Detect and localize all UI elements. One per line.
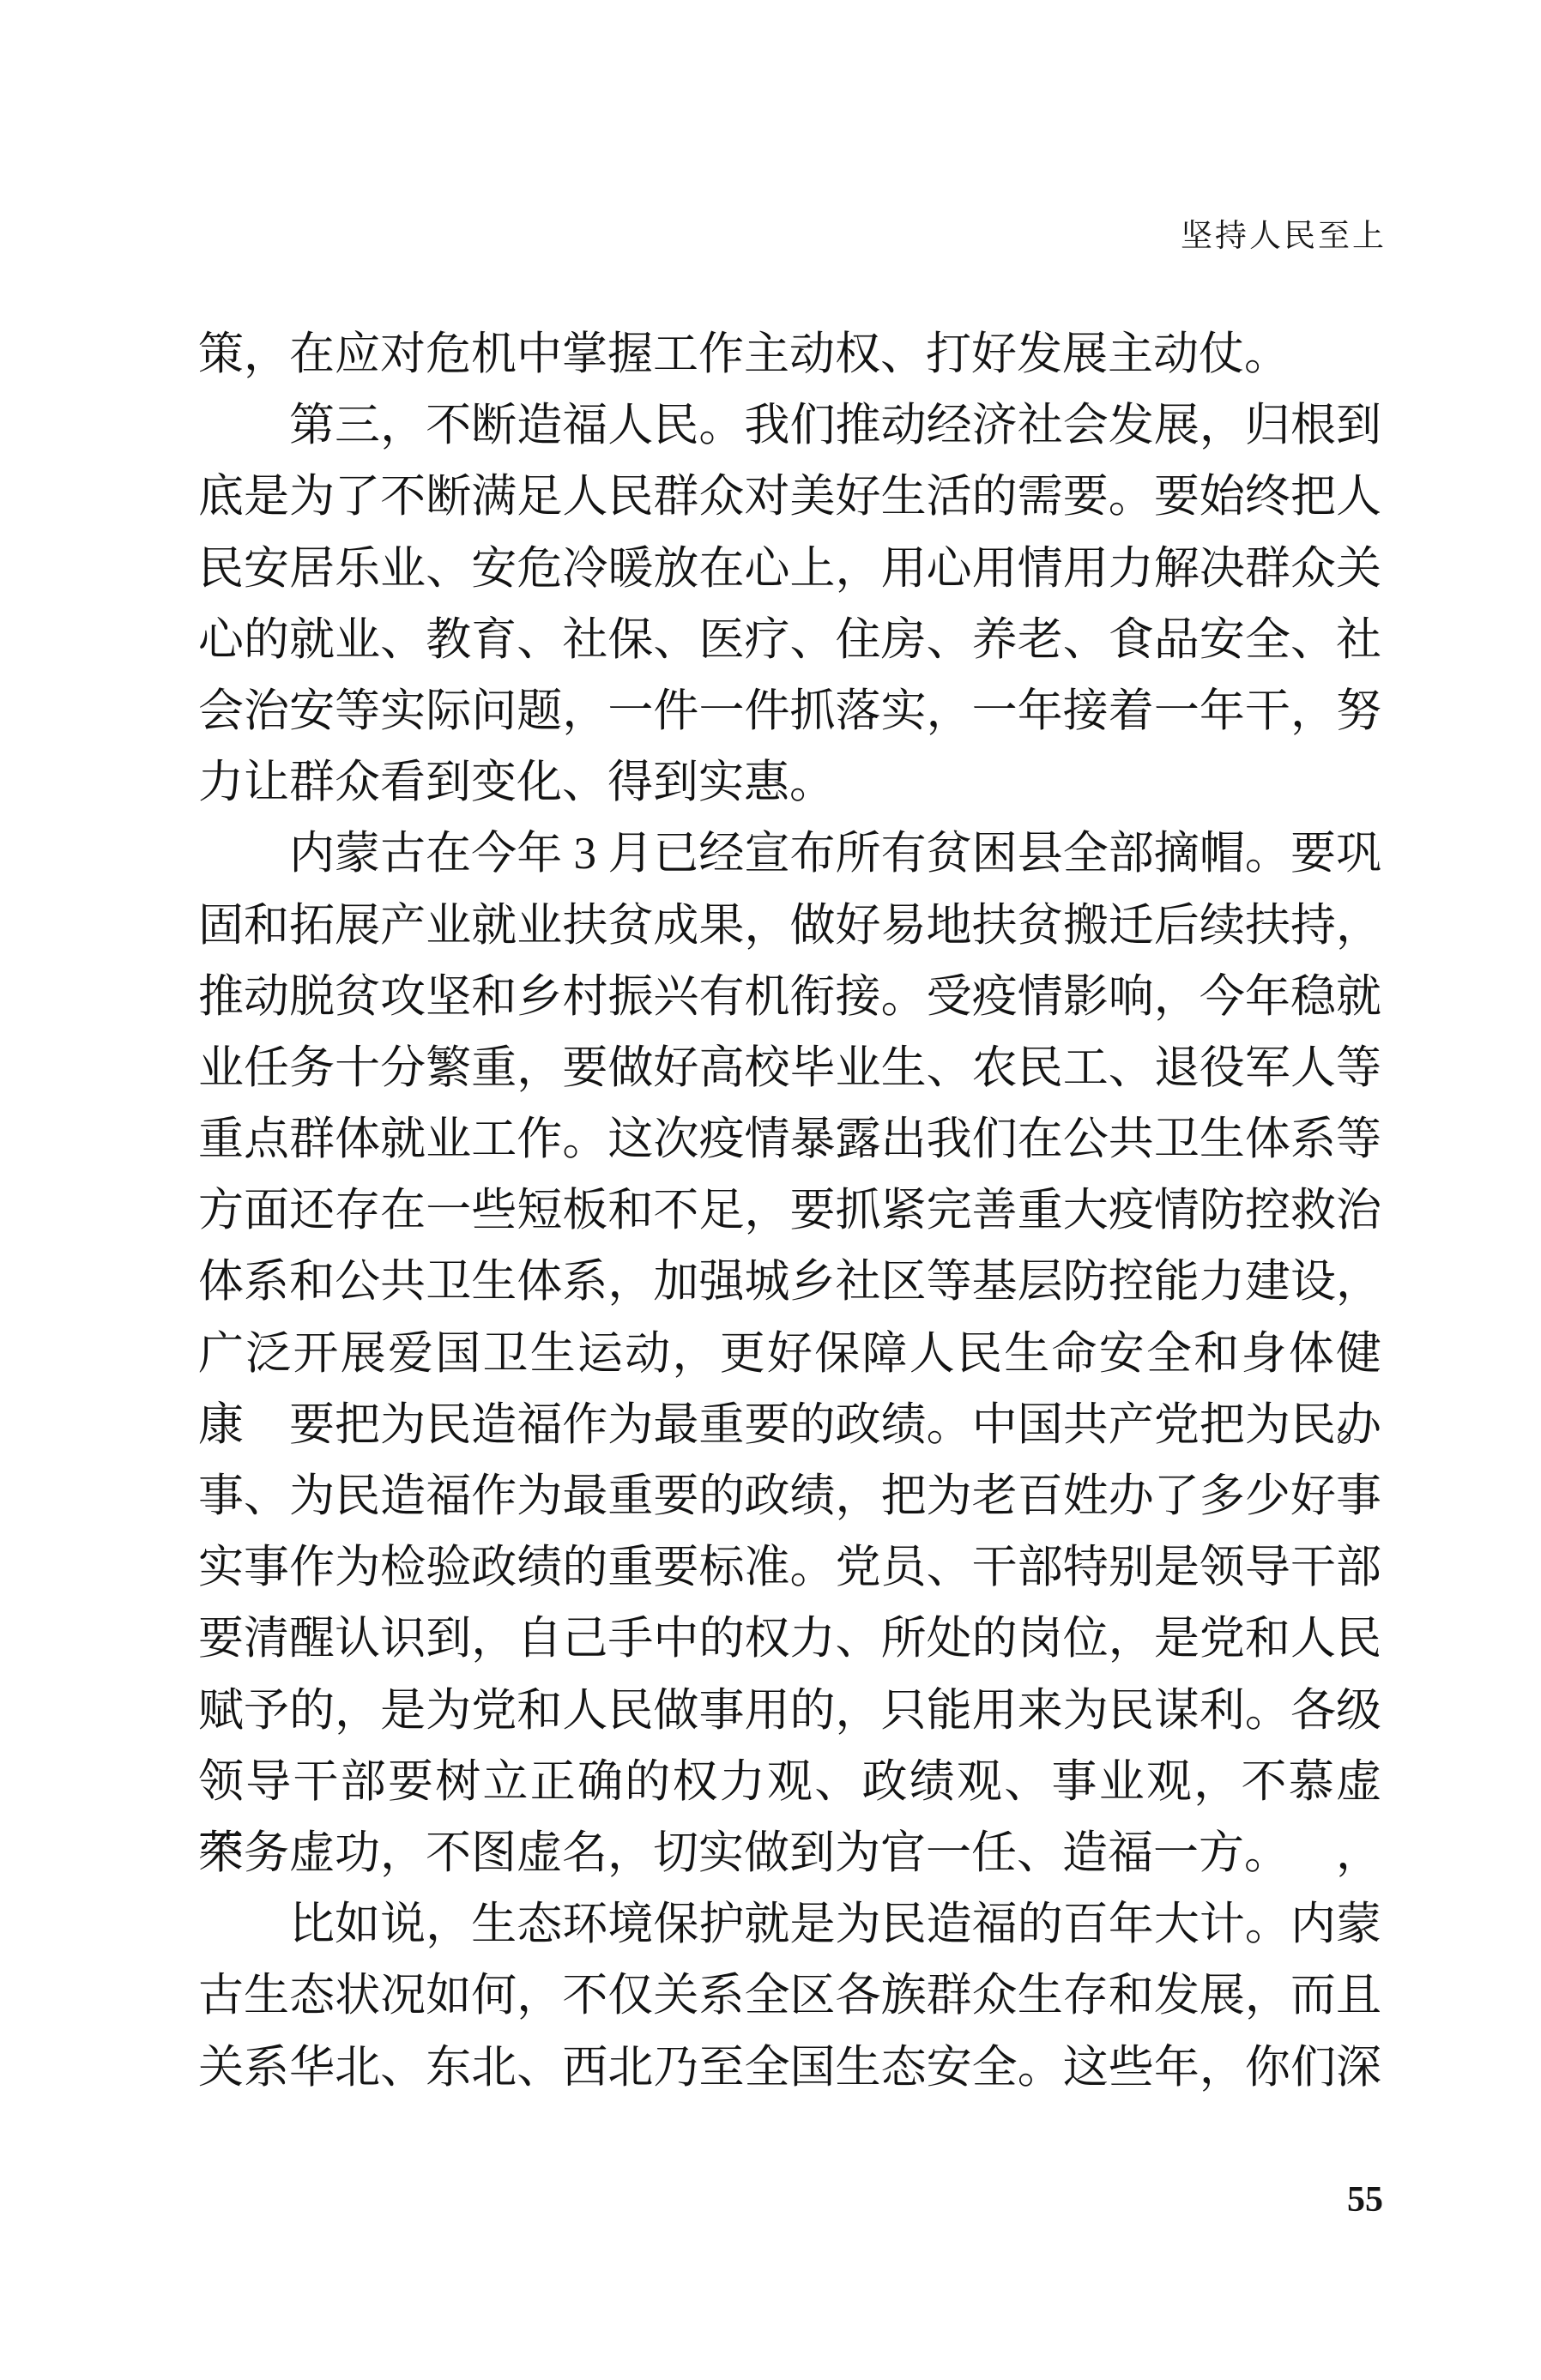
body-text: 策，在应对危机中掌握工作主动权、打好发展主动仗。 第三，不断造福人民。我们推动经…: [198, 319, 1381, 2104]
running-header: 坚持人民至上: [1181, 209, 1387, 256]
text-line: 方面还存在一些短板和不足，要抓紧完善重大疫情防控救治: [198, 1175, 1381, 1247]
text-line: 比如说，生态环境保护就是为民造福的百年大计。内蒙: [198, 1889, 1381, 1960]
text-line: 底是为了不断满足人民群众对美好生活的需要。要始终把人: [198, 462, 1381, 533]
text-line: 内蒙古在今年 3 月已经宣布所有贫困县全部摘帽。要巩: [198, 819, 1381, 890]
text-line: 事、为民造福作为最重要的政绩，把为老百姓办了多少好事: [198, 1461, 1381, 1532]
text-line: 推动脱贫攻坚和乡村振兴有机衔接。受疫情影响，今年稳就: [198, 962, 1381, 1033]
text-line: 心的就业、教育、社保、医疗、住房、养老、食品安全、社: [198, 605, 1381, 676]
text-line: 不务虚功，不图虚名，切实做到为官一任、造福一方。: [198, 1818, 1381, 1889]
text-line: 赋予的，是为党和人民做事用的，只能用来为民谋利。各级: [198, 1676, 1381, 1747]
text-line: 关系华北、东北、西北乃至全国生态安全。这些年，你们深: [198, 2033, 1381, 2104]
text-line: 要清醒认识到，自己手中的权力、所处的岗位，是党和人民: [198, 1604, 1381, 1675]
text-line: 体系和公共卫生体系，加强城乡社区等基层防控能力建设，: [198, 1247, 1381, 1318]
text-line: 策，在应对危机中掌握工作主动权、打好发展主动仗。: [198, 319, 1381, 390]
text-line: 第三，不断造福人民。我们推动经济社会发展，归根到: [198, 390, 1381, 462]
text-line: 固和拓展产业就业扶贫成果，做好易地扶贫搬迁后续扶持，: [198, 891, 1381, 962]
book-page: 坚持人民至上 策，在应对危机中掌握工作主动权、打好发展主动仗。 第三，不断造福人…: [0, 0, 1541, 2380]
text-line: 会治安等实际问题，一件一件抓落实，一年接着一年干，努: [198, 676, 1381, 747]
text-line: 古生态状况如何，不仅关系全区各族群众生存和发展，而且: [198, 1960, 1381, 2032]
text-line: 民安居乐业、安危冷暖放在心上，用心用情用力解决群众关: [198, 534, 1381, 605]
text-line: 要把为民造福作为最重要的政绩。中国共产党把为民办: [198, 1390, 1381, 1461]
text-line: 力让群众看到变化、得到实惠。: [198, 747, 1381, 819]
text-line: 重点群体就业工作。这次疫情暴露出我们在公共卫生体系等: [198, 1104, 1381, 1175]
text-line: 业任务十分繁重，要做好高校毕业生、农民工、退役军人等: [198, 1033, 1381, 1104]
text-line: 领导干部要树立正确的权力观、政绩观、事业观，不慕虚荣，: [198, 1747, 1381, 1818]
text-line: 广泛开展爱国卫生运动，更好保障人民生命安全和身体健康。: [198, 1319, 1381, 1390]
text-line: 实事作为检验政绩的重要标准。党员、干部特别是领导干部: [198, 1532, 1381, 1604]
page-number: 55: [1347, 2179, 1383, 2220]
